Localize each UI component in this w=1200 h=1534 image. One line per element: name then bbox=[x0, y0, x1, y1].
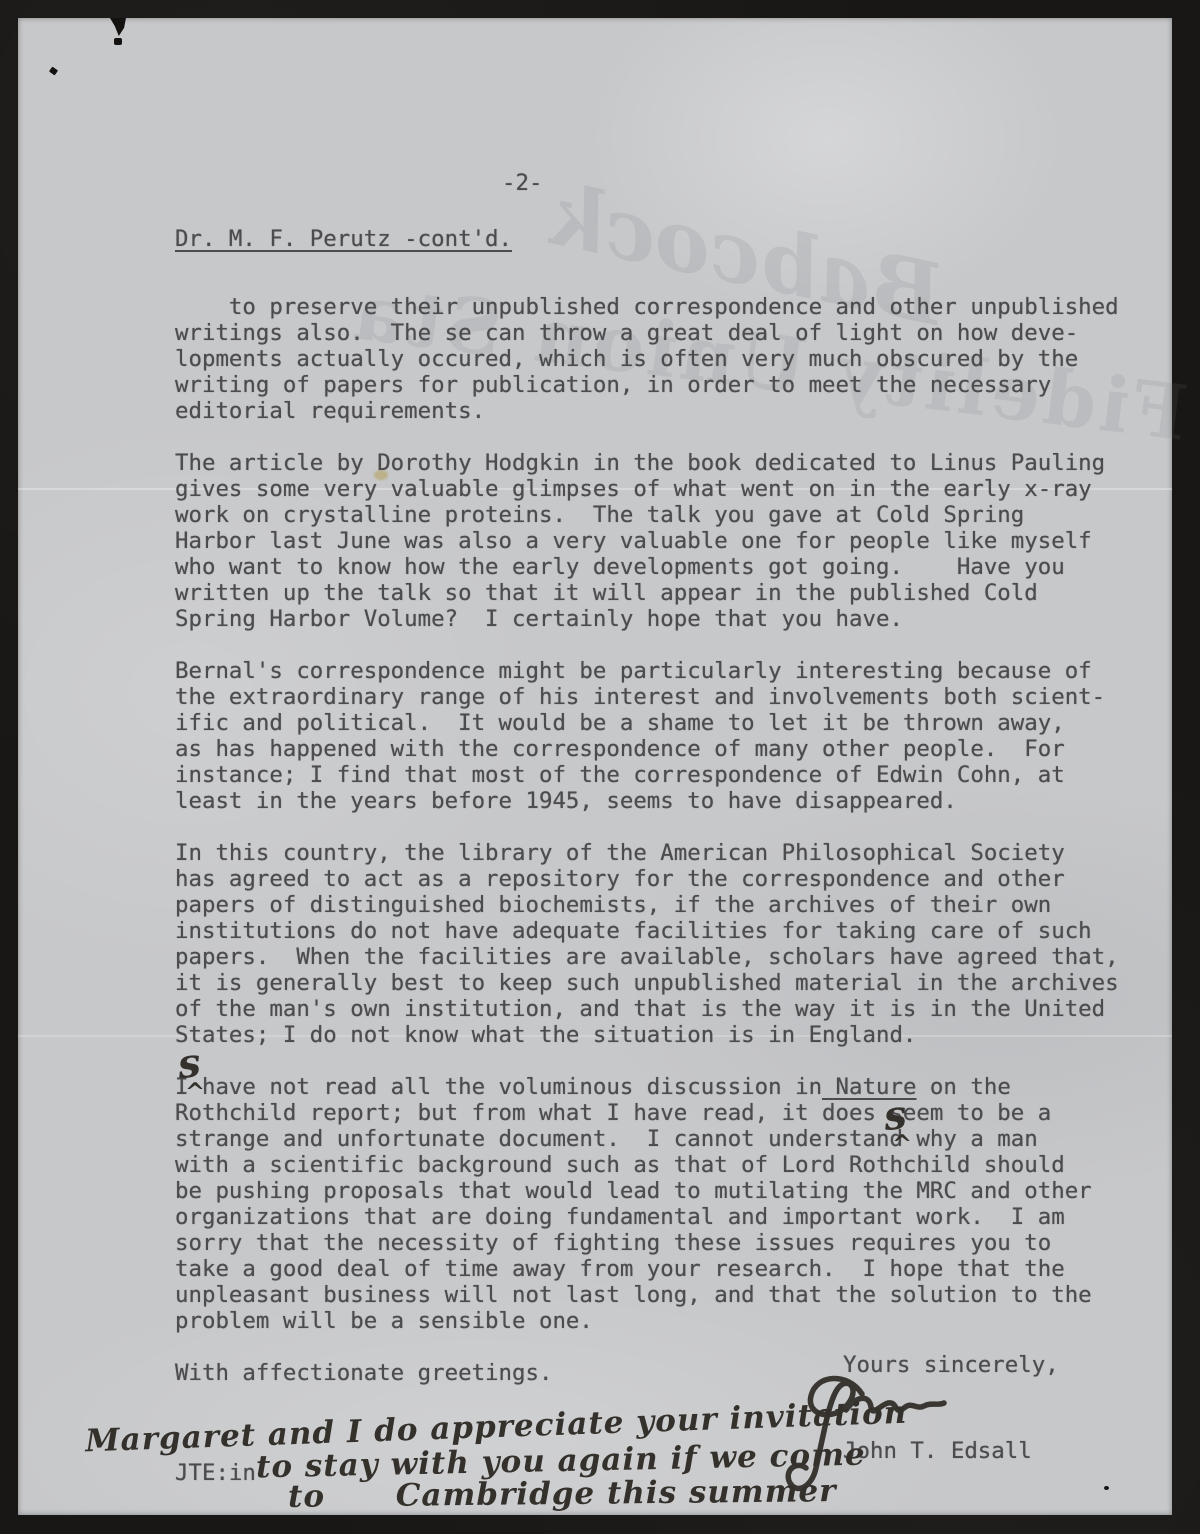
body-text-after: on the Rothchild report; but from what I… bbox=[175, 1074, 1092, 1386]
typist-initials: JTE:in bbox=[175, 1460, 256, 1486]
caret-mark: ^ bbox=[185, 1080, 205, 1104]
caret-mark: ^ bbox=[892, 1132, 912, 1156]
letter-page: Babcock Fidelity Union Sta -2- Dr. M. F.… bbox=[18, 18, 1172, 1515]
body-text-before: to preserve their unpublished correspond… bbox=[175, 294, 1119, 1100]
page-number: -2- bbox=[502, 170, 542, 196]
letter-heading: Dr. M. F. Perutz -cont'd. bbox=[175, 226, 512, 252]
scan-border: { "letter": { "page_number": "-2-", "hea… bbox=[0, 0, 1200, 1534]
handwritten-note-line: to Cambridge this summer bbox=[288, 1474, 837, 1514]
ink-speck bbox=[1104, 1486, 1109, 1490]
ink-speck bbox=[114, 38, 122, 45]
ink-speck bbox=[110, 18, 126, 36]
letter-body: to preserve their unpublished correspond… bbox=[175, 268, 1119, 1412]
ink-speck bbox=[49, 67, 58, 76]
